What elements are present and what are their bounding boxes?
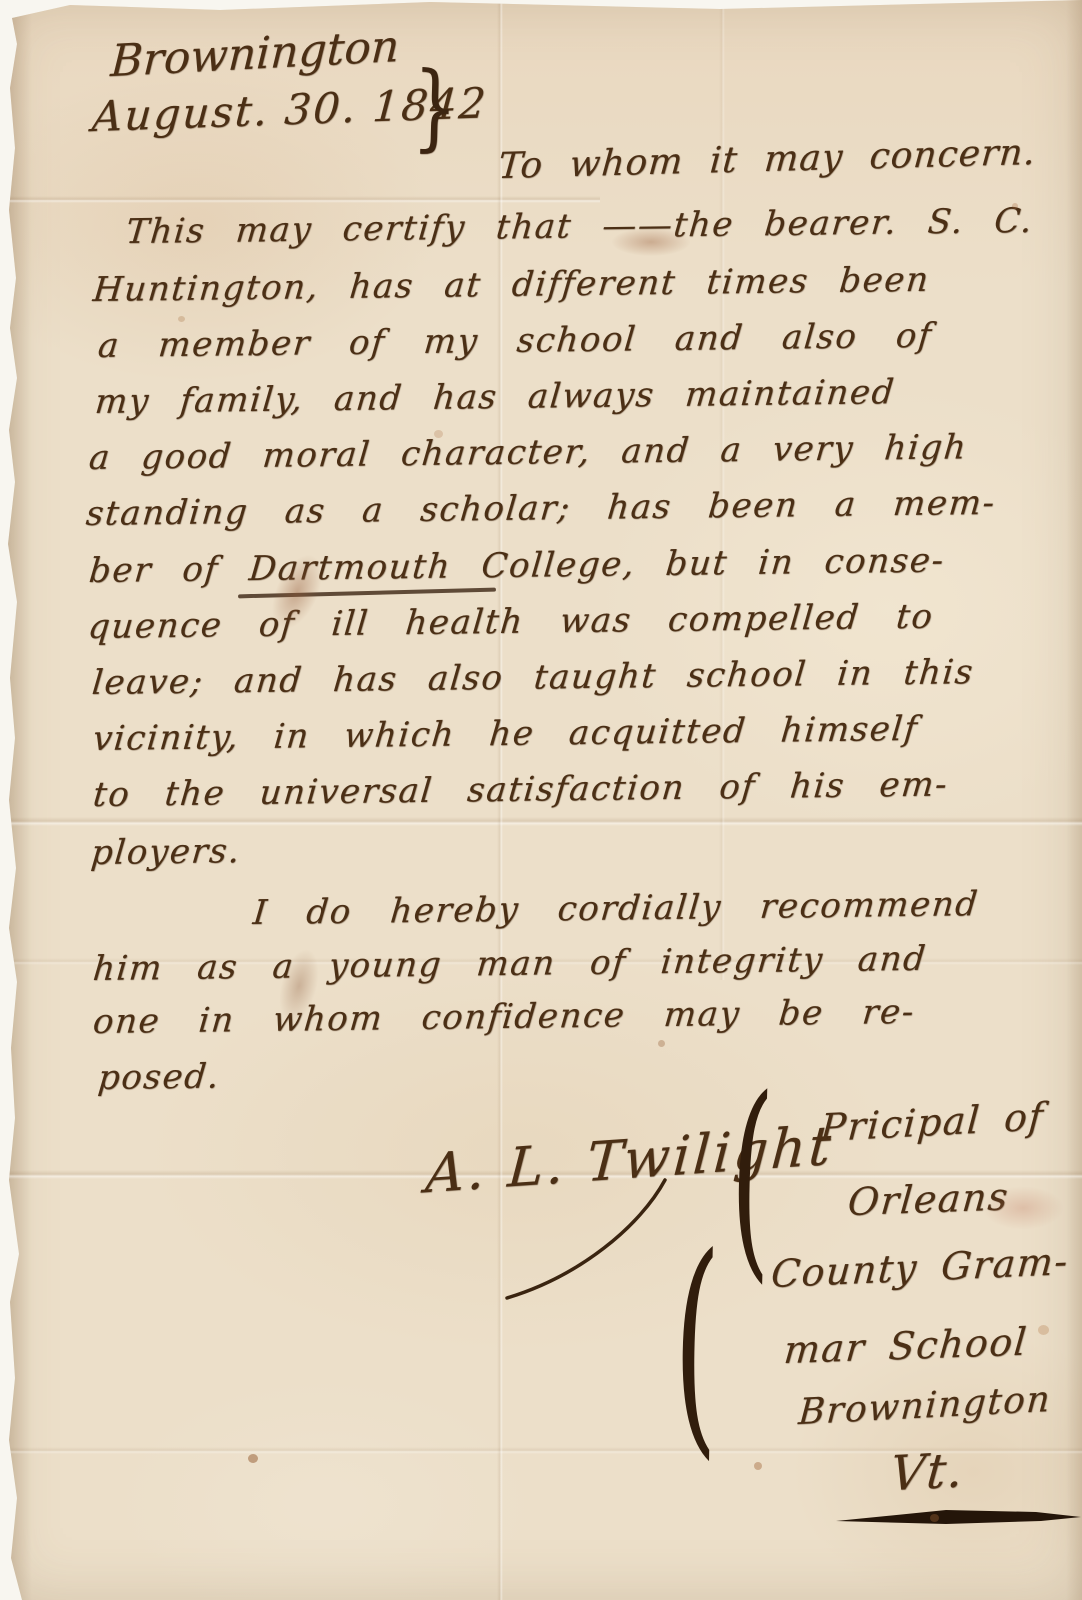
signature-brace-icon: ( xyxy=(727,1048,775,1303)
date-brace-glyph: } xyxy=(411,52,459,163)
signature-flourish-stroke xyxy=(505,1178,670,1303)
credential-line: Vt. xyxy=(888,1442,967,1502)
body-line: a member of my school and also of xyxy=(96,316,934,366)
fold-crease xyxy=(0,817,1082,826)
body-line: posed. xyxy=(96,1057,222,1099)
body-line: I do hereby cordially recommend xyxy=(251,884,980,933)
body-line: him as a young man of integrity and xyxy=(91,939,928,989)
signature-brace-icon: ( xyxy=(671,1205,722,1481)
body-line: my family, and has always maintained xyxy=(93,372,897,422)
foxing-spot xyxy=(178,316,185,322)
foxing-spot xyxy=(930,1514,939,1522)
salutation: To whom it may concern. xyxy=(497,132,1038,187)
foxing-spot xyxy=(248,1454,258,1463)
credential-line: Pricipal of xyxy=(819,1094,1046,1150)
underline-flourish-stroke xyxy=(836,1506,1082,1536)
ink-smudge xyxy=(982,1186,1064,1230)
body-line: standing as a scholar; has been a mem- xyxy=(84,483,997,534)
body-line: to the universal satisfaction of his em- xyxy=(91,765,950,815)
body-line: quence of ill health was compelled to xyxy=(86,597,935,647)
body-line: ployers. xyxy=(89,831,242,873)
scanned-letter: Brownington August. 30. 1842 } To whom i… xyxy=(0,0,1082,1600)
body-line: Huntington, has at different times been xyxy=(91,260,931,310)
ink-smudge xyxy=(612,228,690,256)
credential-line: County Gram- xyxy=(770,1239,1071,1296)
credential-line: mar School xyxy=(782,1319,1029,1372)
credential-line: Brownington xyxy=(797,1379,1052,1433)
heading-place: Brownington xyxy=(109,21,400,87)
letter-paper: Brownington August. 30. 1842 } To whom i… xyxy=(0,0,1082,1600)
right-edge-shading xyxy=(1066,0,1082,1600)
torn-edge-shading xyxy=(6,0,32,1600)
foxing-spot xyxy=(434,430,443,438)
body-line: a good moral character, and a very high xyxy=(87,427,969,478)
foxing-spot xyxy=(658,1040,665,1047)
foxing-spot xyxy=(1038,1325,1049,1335)
foxing-spot xyxy=(754,1462,762,1470)
fold-crease xyxy=(0,196,600,203)
body-line: ber of Dartmouth College, but in conse- xyxy=(87,541,946,592)
body-line: This may certify that ——the bearer. S. C… xyxy=(124,201,1035,252)
body-line: leave; and has also taught school in thi… xyxy=(90,652,976,703)
body-line: one in whom confidence may be re- xyxy=(91,992,917,1042)
body-line: vicinity, in which he acquitted himself xyxy=(91,709,920,759)
foxing-spot xyxy=(1012,203,1018,209)
